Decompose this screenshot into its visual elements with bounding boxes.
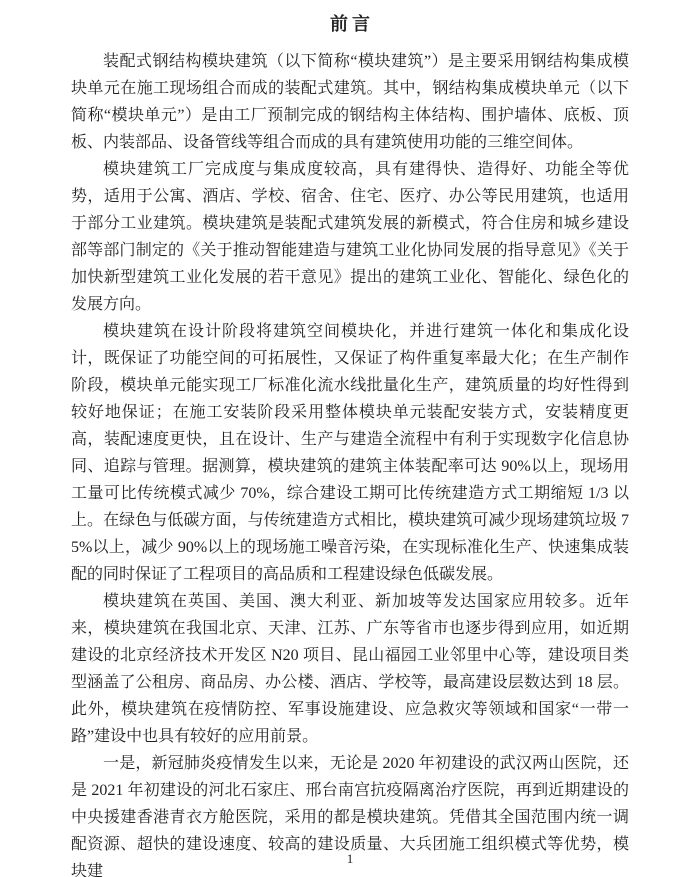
document-body: 装配式钢结构模块建筑（以下简称“模块建筑”）是主要采用钢结构集成模块单元在施工现… [0, 48, 700, 877]
paragraph-design-production-stats: 模块建筑在设计阶段将建筑空间模块化，并进行建筑一体化和集成化设计，既保证了功能空… [71, 318, 629, 588]
paragraph-intro-definition: 装配式钢结构模块建筑（以下简称“模块建筑”）是主要采用钢结构集成模块单元在施工现… [71, 48, 629, 156]
document-page: 前言 装配式钢结构模块建筑（以下简称“模块建筑”）是主要采用钢结构集成模块单元在… [0, 0, 700, 877]
page-number: 1 [0, 851, 700, 866]
page-title: 前言 [0, 0, 700, 35]
paragraph-advantages-policy: 模块建筑工厂完成度与集成度较高，具有建得快、造得好、功能全等优势，适用于公寓、酒… [71, 156, 629, 318]
paragraph-domestic-international-applications: 模块建筑在英国、美国、澳大利亚、新加坡等发达国家应用较多。近年来，模块建筑在我国… [71, 588, 629, 750]
